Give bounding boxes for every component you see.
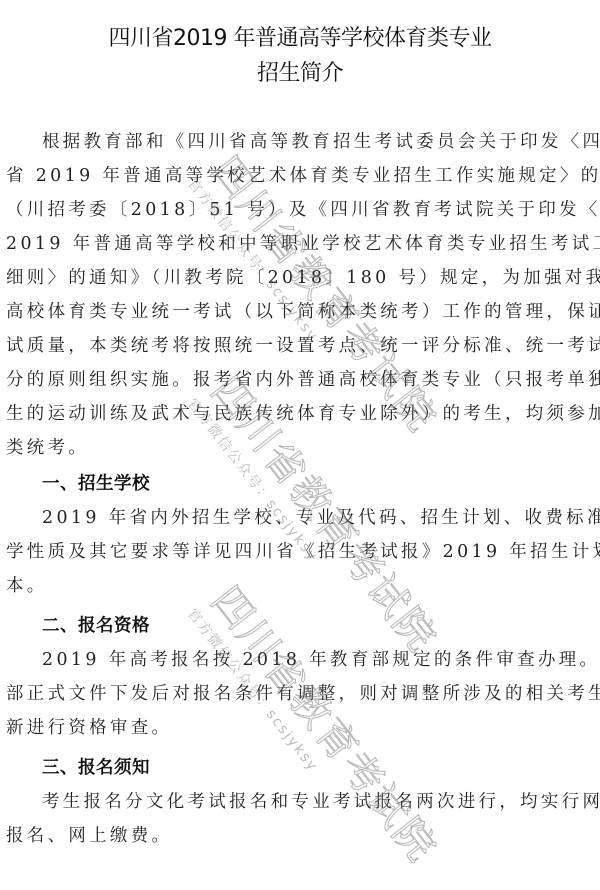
text-line: 新进行资格审查。 xyxy=(6,711,594,745)
text-line: 本。 xyxy=(6,569,594,603)
text-line: 细则〉的通知》（川教考院〔2018〕180 号）规定，为加强对我省普通 xyxy=(6,261,594,295)
section-heading-schools: 一、招生学校 xyxy=(42,467,150,501)
text-line: 2019 年普通高等学校和中等职业学校艺术体育类专业招生考试工作 xyxy=(6,227,594,261)
document-page: 四川省2019 年普通高等学校体育类专业 招生简介 根据教育部和《四川省高等教育… xyxy=(0,0,600,890)
section-heading-eligibility: 二、报名资格 xyxy=(42,609,150,643)
text-line: 类统考。 xyxy=(6,431,594,465)
document-title-line-1: 四川省2019 年普通高等学校体育类专业 xyxy=(0,28,600,50)
text-line: 根据教育部和《四川省高等教育招生考试委员会关于印发〈四川 xyxy=(6,125,594,159)
text-line: 生的运动训练及武术与民族传统体育专业除外）的考生，均须参加本 xyxy=(6,397,594,431)
text-line: 部正式文件下发后对报名条件有调整，则对调整所涉及的相关考生重 xyxy=(6,677,594,711)
text-line: 省 2019 年普通高等学校艺术体育类专业招生工作实施规定〉的通知》 xyxy=(6,159,594,193)
text-line: 2019 年省内外招生学校、专业及代码、招生计划、收费标准、办 xyxy=(6,501,594,535)
section-body-eligibility: 2019 年高考报名按 2018 年教育部规定的条件审查办理。若教育 部正式文件… xyxy=(6,643,594,745)
text-line: 2019 年高考报名按 2018 年教育部规定的条件审查办理。若教育 xyxy=(6,643,594,677)
section-body-schools: 2019 年省内外招生学校、专业及代码、招生计划、收费标准、办 学性质及其它要求… xyxy=(6,501,594,603)
text-line: 高校体育类专业统一考试（以下简称本类统考）工作的管理，保证考 xyxy=(6,295,594,329)
text-line: 分的原则组织实施。报考省内外普通高校体育类专业（只报考单独招 xyxy=(6,363,594,397)
text-line: 试质量，本类统考将按照统一设置考点、统一评分标准、统一考试计 xyxy=(6,329,594,363)
document-title-line-2: 招生简介 xyxy=(0,63,600,85)
intro-paragraph: 根据教育部和《四川省高等教育招生考试委员会关于印发〈四川 省 2019 年普通高… xyxy=(6,125,594,465)
text-line: 学性质及其它要求等详见四川省《招生考试报》2019 年招生计划合订 xyxy=(6,535,594,569)
section-heading-registration: 三、报名须知 xyxy=(42,751,150,785)
section-body-registration: 考生报名分文化考试报名和专业考试报名两次进行，均实行网上 报名、网上缴费。 xyxy=(6,785,594,853)
text-line: （川招考委〔2018〕51 号）及《四川省教育考试院关于印发〈四川省 xyxy=(6,193,594,227)
text-line: 考生报名分文化考试报名和专业考试报名两次进行，均实行网上 xyxy=(6,785,594,819)
text-line: 报名、网上缴费。 xyxy=(6,819,594,853)
